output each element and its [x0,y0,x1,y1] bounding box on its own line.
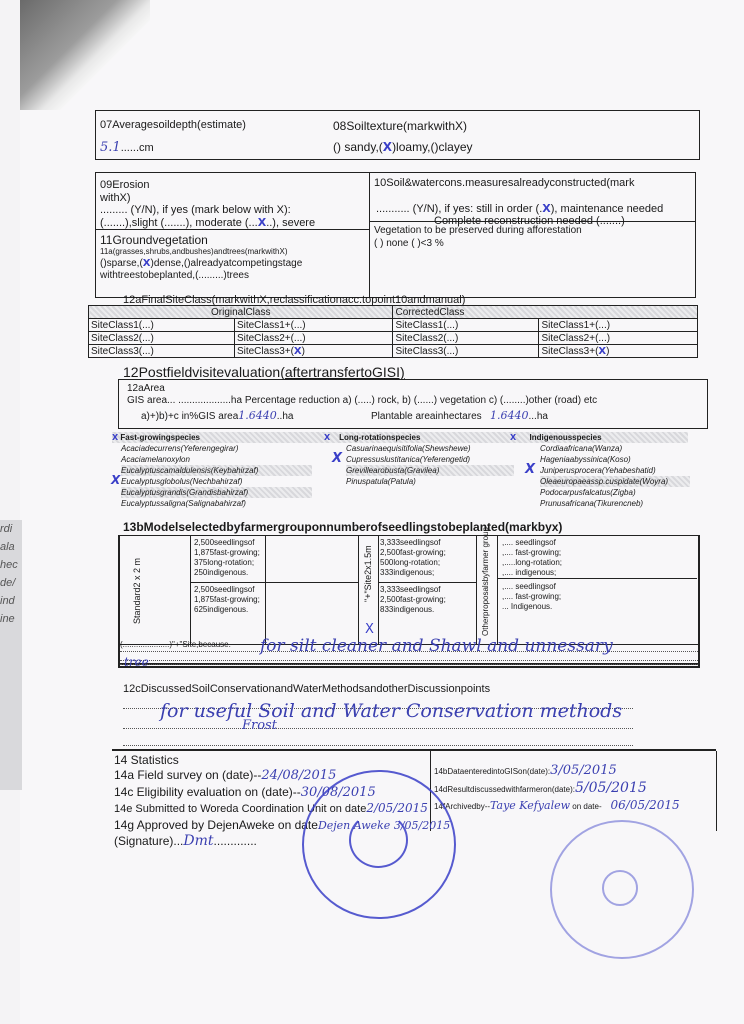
standard-option-a[interactable]: 2,500seedlingsof1,875fast-growing;375lon… [194,538,260,578]
soil-texture-options[interactable]: () sandy,(X)loamy,()clayey [333,140,473,154]
orig-class-2plus[interactable]: SiteClass2+(...) [234,332,393,345]
soil-water-text-a: ........... (Y/N), if yes: still in orde… [376,203,542,215]
long-rotation-header: X Long-rotationspecies [324,432,514,443]
corr-class-3[interactable]: SiteClass3(...) [393,345,539,358]
field-survey-date: 24/08/2015 [261,768,336,783]
ground-vegetation-label: 11Groundvegetation [100,233,208,247]
corr-class-2plus[interactable]: SiteClass2+(...) [539,332,698,345]
long-rotation-header-text: Long-rotationspecies [339,433,420,442]
because-handwritten-2[interactable]: tree [124,655,149,669]
statistics-title: 14 Statistics [114,753,179,767]
approved-label: 14g Approved by DejenAweke on date [114,818,318,832]
species-block: X Fast-growingspecies Acaciadecurrens(Ye… [112,432,688,520]
standard-option-b[interactable]: 2,500seedlingsof1,875fast-growing;625ind… [194,585,260,615]
fast-growing-column: X Fast-growingspecies Acaciadecurrens(Ye… [112,432,312,509]
archived-row[interactable]: 14fArchivedby--Taye Kefyalew on date- 06… [434,800,680,812]
plantable-area[interactable]: Plantable areainhectares 1.6440...ha [371,410,548,423]
avg-soil-depth-label: 07Averagesoildepth(estimate) [100,119,246,132]
ground-vegetation-instruction: 11a(grasses,shrubs,andbushes)andtrees(ma… [100,247,288,257]
site-option-a[interactable]: 3,333seedlingsof2,500fast-growing;500lon… [380,538,446,578]
page-fold-corner [20,0,150,110]
ground-vegetation-text-b: )dense,()alreadyatcompetingstage [151,258,303,269]
corr-class-3plus[interactable]: SiteClass3+(X) [539,345,698,358]
species-item[interactable]: Eucalyptussaligna(Salignabahirzaf) [121,498,312,509]
plantable-area-value: 1.6440 [490,409,529,422]
gis-area-percent-unit: ..ha [277,411,294,422]
soil-water-x-mark: X [542,202,550,215]
official-stamp-1 [302,770,456,919]
gis-entered-row[interactable]: 14bDataenteredintoGISon(date):3/05/2015 [434,766,617,777]
table-row: SiteClass1(...) SiteClass1+(...) SiteCla… [89,319,698,332]
species-item[interactable]: Pinuspatula(Patula) [346,476,514,487]
site-model-x-mark: X [365,622,374,637]
gis-area-percent-value: 1.6440 [238,409,277,422]
orig-class-1plus[interactable]: SiteClass1+(...) [234,319,393,332]
form-page: 07Averagesoildepth(estimate) 5.1......cm… [20,0,744,1024]
species-item-marked[interactable]: XCupressuslustitanica(Yeferengetid) [346,454,514,465]
species-item[interactable]: Hageniaabyssinica(Koso) [540,454,690,465]
original-class-header: OriginalClass [89,306,393,319]
corrected-class-header: CorrectedClass [393,306,698,319]
table-row: SiteClass2(...) SiteClass2+(...) SiteCla… [89,332,698,345]
erosion-x-mark: X [258,216,266,229]
plantable-area-unit: ...ha [528,411,547,422]
soil-water-measures-label: 10Soil&watercons.measuresalreadyconstruc… [374,177,634,190]
section-09-10-11: 09Erosion withX) ......... (Y/N), if yes… [95,172,696,298]
species-item[interactable]: Acaciamelanoxylon [121,454,312,465]
species-item[interactable]: Casuarinaequisitifolia(Shewshewe) [346,443,514,454]
result-discussed-row[interactable]: 14dResultdiscussedwithfarmeron(date):5/0… [434,783,647,795]
corr-class-2[interactable]: SiteClass2(...) [393,332,539,345]
species-item-marked-text: Juniperusprocera(Yehabeshatid) [540,466,656,475]
avg-soil-depth-unit: ......cm [121,142,154,154]
signature-scribble: Dmt [183,833,213,849]
species-item-marked[interactable]: XEucalyptusglobolus(Nechbahirzaf) [121,476,312,487]
erosion-label: 09Erosion [100,179,150,192]
vegetation-preserve-options[interactable]: ( ) none ( )<3 % [374,238,444,250]
long-rotation-x-col: X [324,433,330,442]
post-field-visit-title: 12Postfieldvisitevaluation(aftertransfer… [123,364,405,380]
fast-growing-x-col: X [112,433,118,442]
official-stamp-2 [550,820,694,959]
orig-class-3plus-text: SiteClass3+( [237,346,294,357]
long-rotation-column: X Long-rotationspecies Casuarinaequisiti… [324,432,514,487]
species-item[interactable]: Eucalyptuscamaldulensis(Keybahirzaf) [121,465,312,476]
gis-entered-date: 3/05/2015 [550,763,617,778]
species-item[interactable]: Grevillearobusta(Gravilea) [346,465,514,476]
model-selected-title: 13bModelselectedbyfarmergrouponnumberofs… [123,520,562,534]
corr-class-1[interactable]: SiteClass1(...) [393,319,539,332]
indigenous-column: X Indigenousspecies Cordiaafricana(Wanza… [510,432,690,509]
fast-growing-header: X Fast-growingspecies [112,432,312,443]
species-item-marked[interactable]: XJuniperusprocera(Yehabeshatid) [540,465,690,476]
other-proposals-label: Otherproposalsbyfarmer group [481,527,490,636]
discussed-methods-handwritten[interactable]: for useful Soil and Water Conservation m… [160,700,622,722]
site-class-table: OriginalClass CorrectedClass SiteClass1(… [88,305,698,358]
species-item[interactable]: Cordiaafricana(Wanza) [540,443,690,454]
ground-vegetation-trees[interactable]: withtreestobeplanted,(.........)trees [100,270,249,282]
ground-vegetation-text-a: ()sparse,( [100,258,143,269]
area-box: 12aArea GIS area... ...................h… [118,379,708,429]
gis-entered-label: 14bDataenteredintoGISon(date): [434,767,550,776]
site-model-label: "+"Site2x1.5m [363,545,373,602]
soil-water-measures-status[interactable]: ........... (Y/N), if yes: still in orde… [376,202,663,216]
post-field-visit-title-text: 12Postfieldvisitevaluation( [123,364,285,380]
table-row: SiteClass3(...) SiteClass3+(X) SiteClass… [89,345,698,358]
archived-date-label: on date- [572,802,601,811]
soil-texture-x-mark: X [383,140,392,154]
gis-area-line[interactable]: GIS area... ...................ha Percen… [127,395,597,407]
soil-texture-label: 08Soiltexture(markwithX) [333,119,467,133]
discussed-methods-title: 12cDiscussedSoilConservationandWaterMeth… [123,683,490,696]
soil-water-text-b: ), maintenance needed [551,203,664,215]
result-discussed-date: 5/05/2015 [575,780,647,796]
indigenous-header-text: Indigenousspecies [530,433,602,442]
avg-soil-depth-value: 5.1 [100,140,121,155]
corr-class-1plus[interactable]: SiteClass1+(...) [539,319,698,332]
species-item-marked-text: Eucalyptusglobolus(Nechbahirzaf) [121,477,242,486]
discussed-methods-handwritten-2[interactable]: Frost [242,718,277,733]
standard-model-label: Standard2 x 2 m [132,558,142,624]
field-survey-label: 14a Field survey on (date) [114,768,253,782]
archived-date: 06/05/2015 [611,798,680,812]
species-item[interactable]: Oleaeuropaeassp.cuspidate(Woyra) [540,476,690,487]
archived-by: Taye Kefyalew [490,799,570,812]
result-discussed-label: 14dResultdiscussedwithfarmeron(date): [434,785,575,794]
indigenous-header: X Indigenousspecies [510,432,690,443]
indigenous-x-col: X [510,433,516,442]
orig-class-x-mark: X [294,346,302,357]
species-item[interactable]: Eucalyptusgrandis(Grandisbahirzaf) [121,487,312,498]
erosion-severity-text-a: (.......),slight (.......), moderate (..… [100,217,258,229]
adjacent-page-strip: rdi ala hec de/ ind ine [0,520,22,790]
orig-class-3plus[interactable]: SiteClass3+(X) [234,345,393,358]
fast-growing-header-text: Fast-growingspecies [120,433,200,442]
species-item[interactable]: Acaciadecurrens(Yeferengegirar) [121,443,312,454]
other-option-b[interactable]: ,.... seedlingsof,.... fast-growing;... … [502,582,561,612]
field-survey-row[interactable]: 14a Field survey on (date)--24/08/2015 [114,768,336,783]
signature-row[interactable]: (Signature)...Dmt............. [114,834,257,848]
other-option-a[interactable]: ,.... seedlingsof,.... fast-growing;,...… [502,538,562,578]
species-item[interactable]: Podocarpusfalcatus(Zigba) [540,487,690,498]
area-label: 12aArea [127,383,165,395]
corr-class-3plus-text: SiteClass3+( [541,346,598,357]
orig-class-3[interactable]: SiteClass3(...) [89,345,235,358]
because-handwritten[interactable]: for silt cleaner and Shawl and unnessary [260,636,613,656]
orig-class-1[interactable]: SiteClass1(...) [89,319,235,332]
section-07-08: 07Averagesoildepth(estimate) 5.1......cm… [95,110,700,160]
avg-soil-depth-field[interactable]: 5.1......cm [100,138,154,156]
erosion-severity-text-b: ..), severe [266,217,315,229]
ground-vegetation-options[interactable]: ()sparse,(X)dense,()alreadyatcompetingst… [100,258,302,270]
species-item[interactable]: Prunusafricana(Tikurencneb) [540,498,690,509]
soil-texture-text-a: () sandy,( [333,140,383,154]
vegetation-preserve-label: Vegetation to be preserved during affore… [374,225,582,237]
plantable-area-label: Plantable areainhectares [371,411,482,422]
corr-class-x-mark: X [598,346,606,357]
post-field-visit-title-underlined: aftertransfertoGISI) [285,364,405,380]
gis-area-percent[interactable]: a)+)b)+c in%GIS area1.6440..ha [141,410,293,423]
site-option-b[interactable]: 3,333seedlingsof2,500fast-growing;833ind… [380,585,446,615]
orig-class-2[interactable]: SiteClass2(...) [89,332,235,345]
gis-area-percent-label: a)+)b)+c in%GIS area [141,411,238,422]
species-item-marked-text: Cupressuslustitanica(Yeferengetid) [346,455,470,464]
soil-texture-text-b: )loamy,()clayey [392,140,472,154]
erosion-severity[interactable]: (.......),slight (.......), moderate (..… [100,216,315,230]
ground-vegetation-x-mark: X [143,258,151,269]
because-label: (.....................)"+"Site,because. [120,640,231,650]
eligibility-label: 14c Eligibility evaluation on (date) [114,785,293,799]
signature-label: (Signature) [114,834,173,848]
